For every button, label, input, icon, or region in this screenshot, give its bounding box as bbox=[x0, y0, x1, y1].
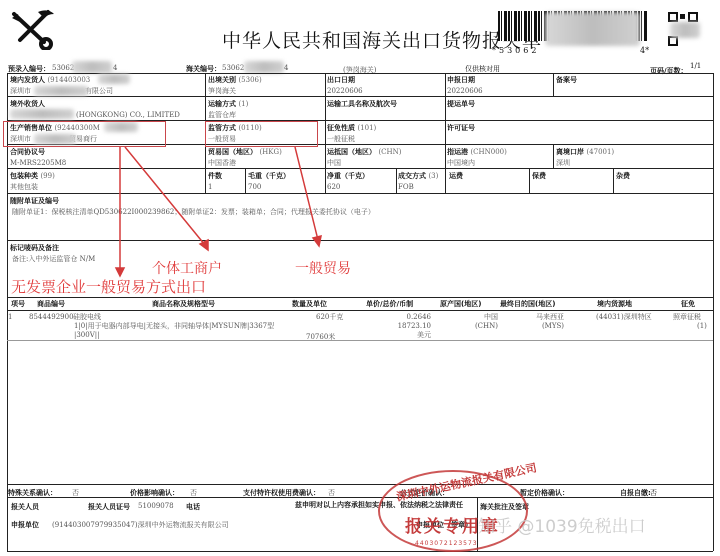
annotation-individual-note: 个体工商户 bbox=[152, 258, 222, 278]
annotation-trade-note: 一般贸易 bbox=[295, 258, 351, 278]
annotation-producer-note: 无发票企业一般贸易方式出口 bbox=[11, 276, 206, 297]
